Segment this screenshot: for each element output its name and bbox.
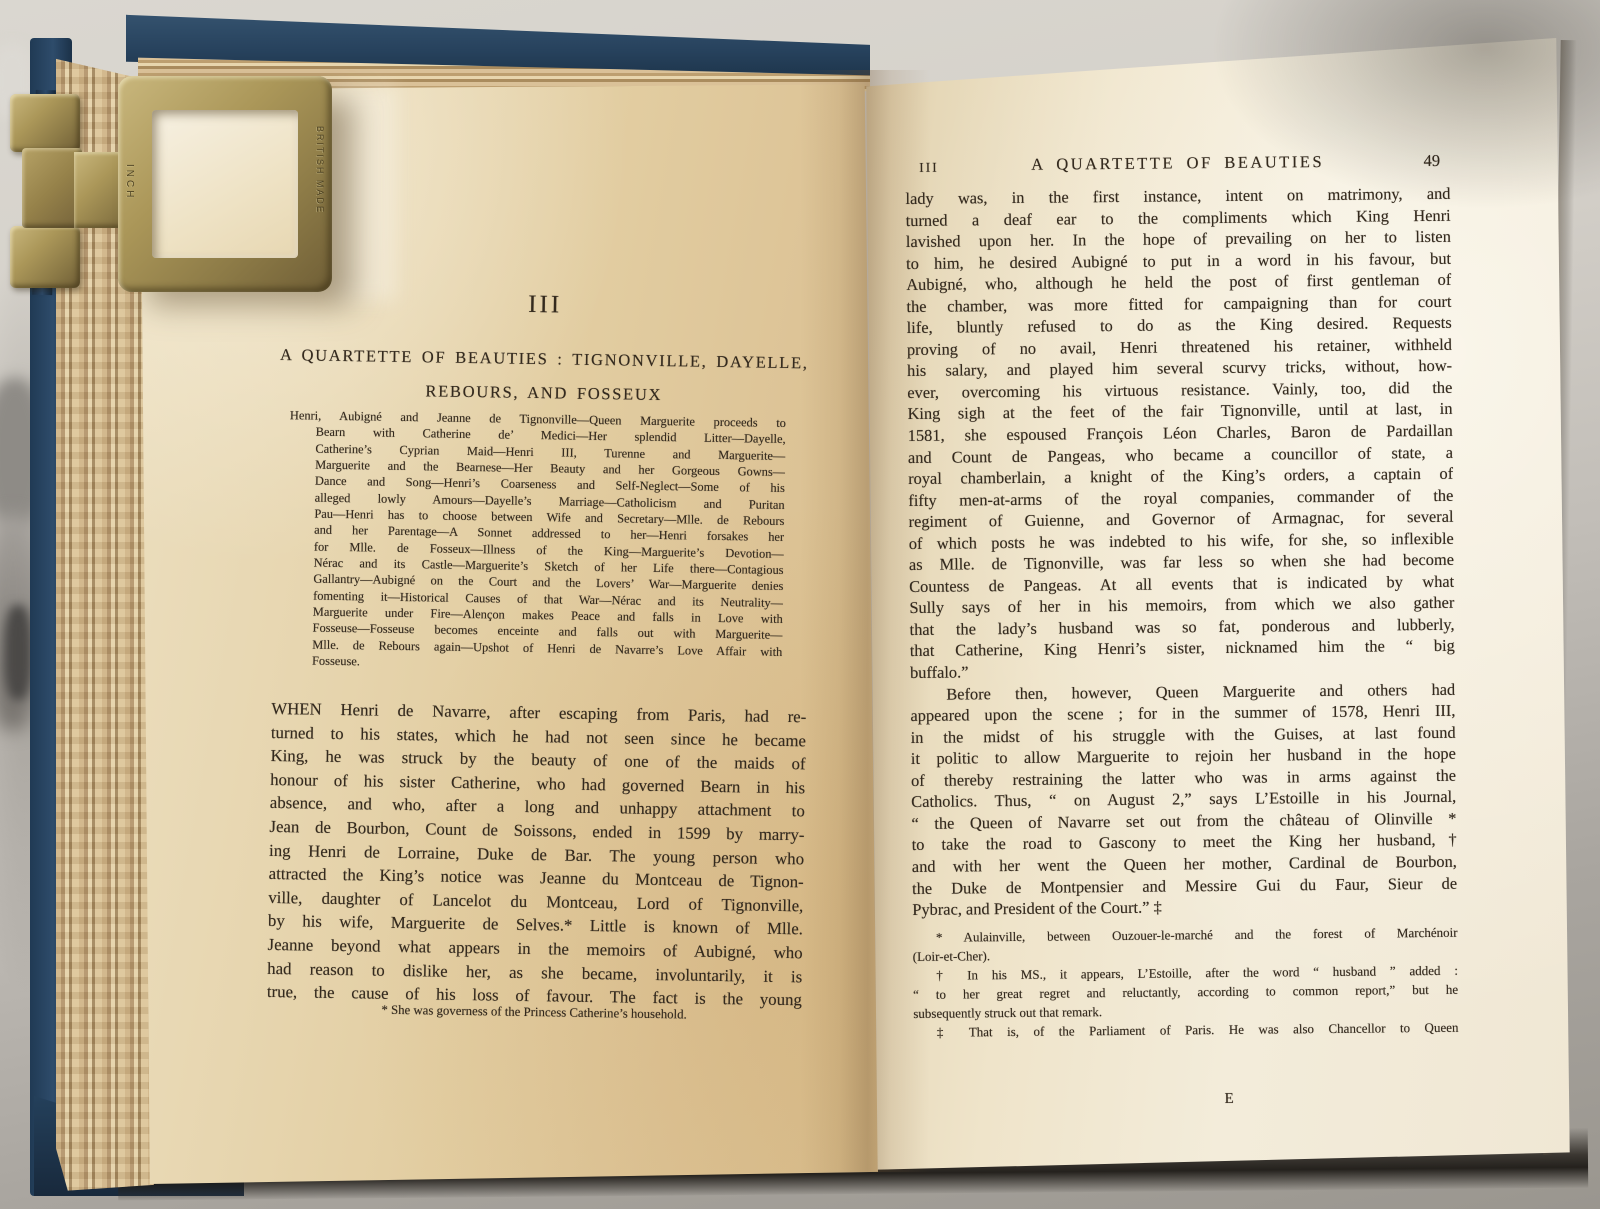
signature-mark: E [1199,1091,1259,1109]
right-page-footnotes: * Aulainville, between Ouzouer-le-marché… [912,923,1458,1042]
right-page-body: lady was, in the first instance, intent … [905,183,1457,921]
clamp-highlight [332,88,396,300]
background-shadow-top-right [1210,0,1600,210]
clamp-hinge-bar [22,148,82,228]
clamp-stamp-inch: INCH [124,164,135,200]
running-head-chapter: III [919,160,939,176]
clamp-hinge-knuckle-bottom [10,226,80,288]
left-page-body: WHEN Henri de Navarre, after escaping fr… [267,697,807,1012]
photo-of-open-book: III A QUARTETTE OF BEAUTIES : TIGNONVILL… [0,0,1600,1209]
clamp-frame-opening [152,110,298,258]
chapter-summary: Henri, Aubigné and Jeanne de Tignonville… [286,407,786,676]
clamp-frame: INCH BRITISH MADE [118,76,332,292]
clamp-hinge-knuckle-top [10,94,80,152]
clamp-stamp-british-made: BRITISH MADE [315,126,325,214]
background-object [4,605,32,700]
